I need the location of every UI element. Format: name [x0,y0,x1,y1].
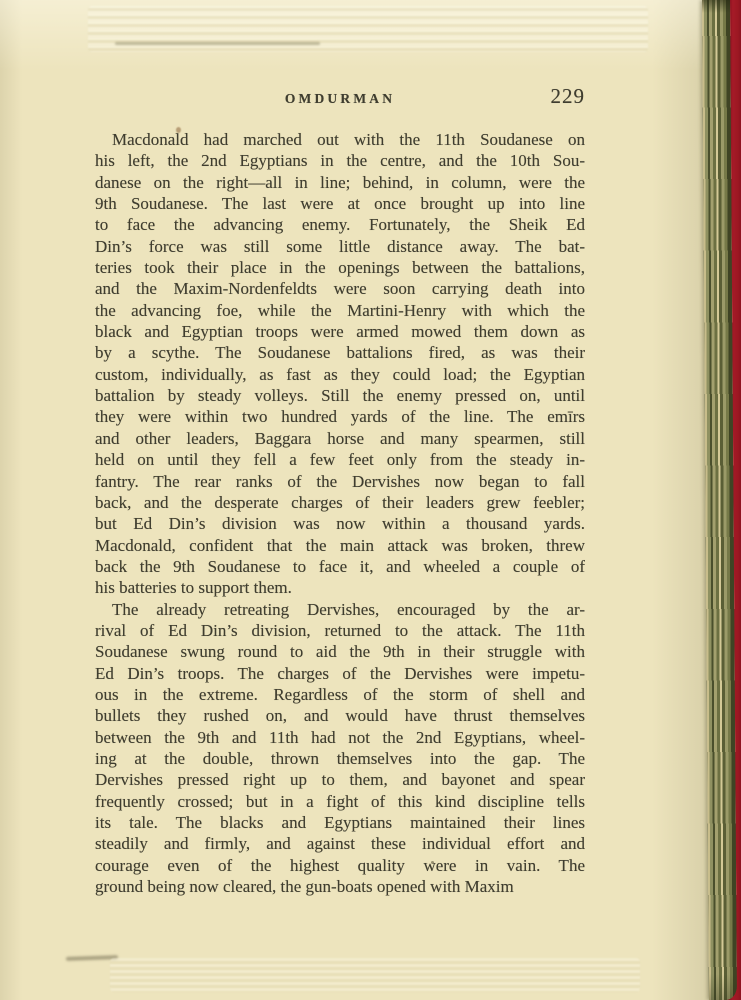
book-page-scan: OMDURMAN 229 Macdonald had marched out w… [0,0,741,1000]
text-line: custom, individually, as fast as they co… [95,364,585,385]
text-line: Macdonald, confident that the main attac… [95,535,585,556]
text-line: and other leaders, Baggara horse and man… [95,428,585,449]
paragraph: Macdonald had marched out with the 11th … [95,129,585,599]
text-line: between the 9th and 11th had not the 2nd… [95,727,585,748]
paragraph: The already retreating Dervishes, encour… [95,599,585,898]
running-header-title: OMDURMAN [95,91,585,107]
page-text: Macdonald had marched out with the 11th … [95,129,585,897]
text-line: battalion by steady volleys. Still the e… [95,385,585,406]
text-line: danese on the right—all in line; behind,… [95,172,585,193]
text-line: rival of Ed Din’s division, returned to … [95,620,585,641]
text-line: his left, the 2nd Egyptians in the centr… [95,150,585,171]
page-header: OMDURMAN 229 [95,0,585,120]
text-line: but Ed Din’s division was now within a t… [95,513,585,534]
text-line: The already retreating Dervishes, encour… [95,599,585,620]
text-line: its tale. The blacks and Egyptians maint… [95,812,585,833]
text-line: Din’s force was still some little distan… [95,236,585,257]
scan-band-bottom [110,958,640,992]
paper-page: OMDURMAN 229 Macdonald had marched out w… [0,0,741,1000]
text-line: to face the advancing enemy. Fortunately… [95,214,585,235]
text-line: Ed Din’s troops. The charges of the Derv… [95,663,585,684]
text-line: back, and the desperate charges of their… [95,492,585,513]
text-line: black and Egyptian troops were armed mow… [95,321,585,342]
text-line: Soudanese swung round to aid the 9th in … [95,641,585,662]
paper-speck [431,861,434,864]
text-line: held on until they fell a few feet only … [95,449,585,470]
text-line: Macdonald had marched out with the 11th … [95,129,585,150]
text-line: back the 9th Soudanese to face it, and w… [95,556,585,577]
text-line: the advancing foe, while the Martini-Hen… [95,300,585,321]
text-line: and the Maxim-Nordenfeldts were soon car… [95,278,585,299]
text-line: Dervishes pressed right up to them, and … [95,769,585,790]
text-line: ing at the double, thrown themselves int… [95,748,585,769]
text-line: ground being now cleared, the gun-boats … [95,876,585,897]
text-line: ous in the extreme. Regardless of the st… [95,684,585,705]
text-line: his batteries to support them. [95,577,585,598]
text-line: they were within two hundred yards of th… [95,406,585,427]
text-line: by a scythe. The Soudanese battalions fi… [95,342,585,363]
text-line: 9th Soudanese. The last were at once bro… [95,193,585,214]
text-line: frequently crossed; but in a fight of th… [95,791,585,812]
text-line: steadily and firmly, and against these i… [95,833,585,854]
text-line: courage even of the highest quality were… [95,855,585,876]
page-number: 229 [551,84,586,109]
text-line: teries took their place in the openings … [95,257,585,278]
text-line: fantry. The rear ranks of the Dervishes … [95,471,585,492]
text-line: bullets they rushed on, and would have t… [95,705,585,726]
